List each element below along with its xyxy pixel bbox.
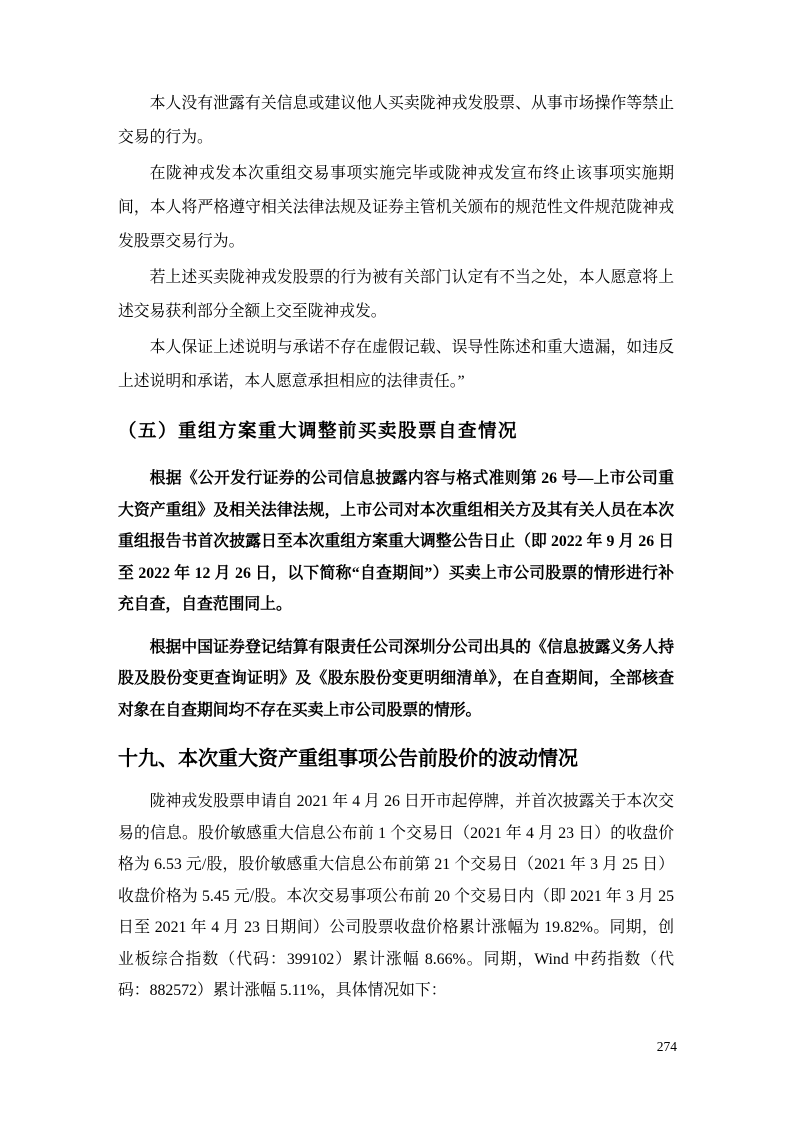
section-5-paragraph-1: 根据《公开发行证券的公司信息披露内容与格式准则第 26 号—上市公司重大资产重组… [118, 463, 674, 621]
section-5-heading: （五）重组方案重大调整前买卖股票自查情况 [118, 419, 674, 445]
section-19-heading: 十九、本次重大资产重组事项公告前股价的波动情况 [118, 744, 674, 774]
intro-paragraph-4: 本人保证上述说明与承诺不存在虚假记载、误导性陈述和重大遗漏，如违反上述说明和承诺… [118, 331, 674, 399]
page-content: 本人没有泄露有关信息或建议他人买卖陇神戎发股票、从事市场操作等禁止交易的行为。 … [118, 87, 674, 1009]
document-page: 本人没有泄露有关信息或建议他人买卖陇神戎发股票、从事市场操作等禁止交易的行为。 … [0, 0, 793, 1122]
page-number: 274 [657, 1038, 677, 1056]
section-5-paragraph-2: 根据中国证券登记结算有限责任公司深圳分公司出具的《信息披露义务人持股及股份变更查… [118, 632, 674, 727]
intro-paragraph-1: 本人没有泄露有关信息或建议他人买卖陇神戎发股票、从事市场操作等禁止交易的行为。 [118, 87, 674, 155]
intro-paragraph-2: 在陇神戎发本次重组交易事项实施完毕或陇神戎发宣布终止该事项实施期间，本人将严格遵… [118, 157, 674, 259]
intro-paragraph-3: 若上述买卖陇神戎发股票的行为被有关部门认定有不当之处，本人愿意将上述交易获利部分… [118, 261, 674, 329]
section-19-paragraph-1: 陇神戎发股票申请自 2021 年 4 月 26 日开市起停牌，并首次披露关于本次… [118, 786, 674, 1007]
